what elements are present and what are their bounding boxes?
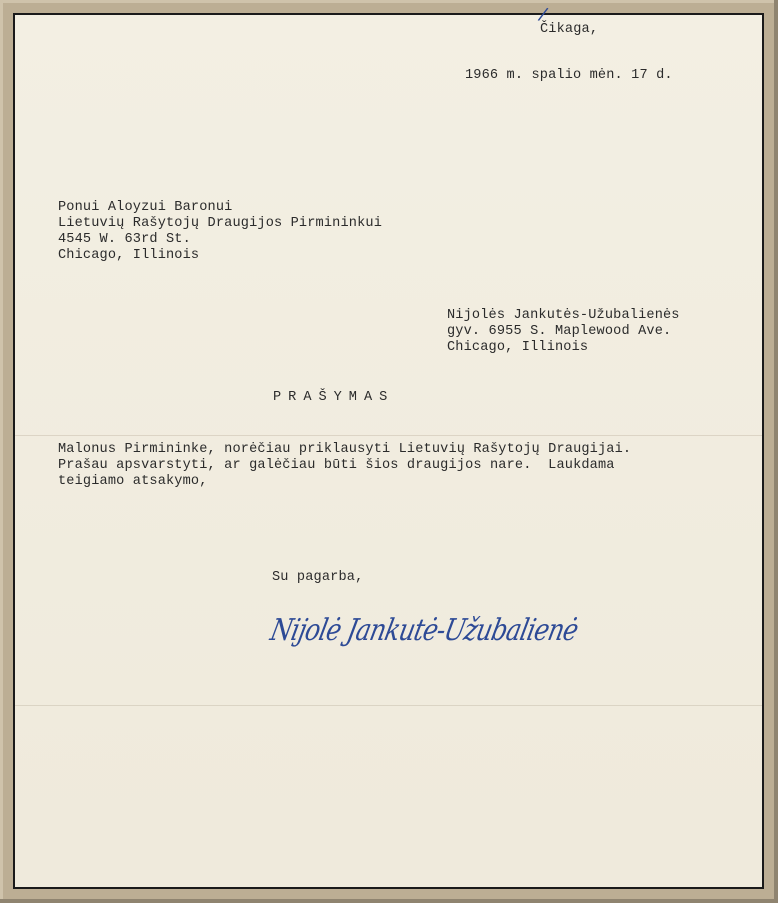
letter-title: PRAŠYMAS [273,390,394,407]
letter-page: / Čikaga, 1966 m. spalio mėn. 17 d. Ponu… [13,13,764,889]
paper-fold [15,705,762,706]
closing: Su pagarba, [272,570,363,587]
letter-date: 1966 m. spalio mėn. 17 d. [465,68,673,85]
recipient-street: 4545 W. 63rd St. [58,232,191,249]
body-line-2: Prašau apsvarstyti, ar galėčiau būti šio… [58,458,615,475]
handwritten-signature: Nijolė Jankutė-Užubalienė [267,613,581,648]
recipient-name: Ponui Aloyzui Baronui [58,200,232,217]
paper-fold [15,435,762,436]
body-line-3: teigiamo atsakymo, [58,474,208,491]
recipient-city: Chicago, Illinois [58,248,199,265]
sender-city: Chicago, Illinois [447,340,588,357]
sender-name: Nijolės Jankutės-Užubalienės [447,308,680,325]
sender-street: gyv. 6955 S. Maplewood Ave. [447,324,671,341]
body-line-1: Malonus Pirmininke, norėčiau priklausyti… [58,442,631,459]
recipient-title: Lietuvių Rašytojų Draugijos Pirmininkui [58,216,382,233]
letter-place: Čikaga, [540,22,598,39]
